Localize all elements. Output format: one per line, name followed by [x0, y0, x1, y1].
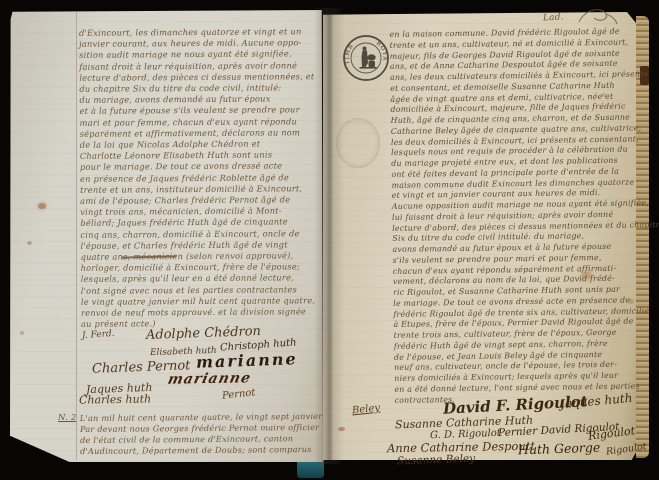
manuscript-line: du chapitre Six du titre du code civil, …: [79, 82, 314, 95]
embossed-blind-seal: [336, 118, 380, 168]
act-number-marker: N. 2: [58, 413, 77, 423]
svg-text:TIMBRE: TIMBRE: [341, 33, 355, 65]
royal-stamp: TIMBRE ROYAL: [341, 33, 391, 87]
signature-susanne-beley: Susanne Beley: [397, 453, 475, 468]
margin-rule: [76, 12, 77, 460]
signature-huth-george: Huth George: [518, 440, 601, 458]
manuscript-line: séparément et affirmativement, déclarons…: [80, 127, 315, 140]
manuscript-line: renvoi de neuf mots approuvé. et la divi…: [81, 306, 316, 319]
stamp-left-text: TIMBRE: [341, 33, 355, 65]
act-note-text: L'an mil huit cent quarante quatre, le v…: [80, 411, 323, 457]
left-page-text: d'Exincourt, les dimanches quatorze et v…: [79, 26, 316, 330]
right-page-text: en la maison commune. David frédéric Rig…: [389, 26, 659, 406]
signature-charles-huth: Charles huth: [79, 392, 151, 406]
stamp-figure: [360, 47, 377, 69]
signature-marianne: marianne: [196, 349, 298, 372]
header-annotation: Lad.: [543, 12, 564, 23]
signature-marianne-repeat: marianne: [166, 370, 253, 388]
archival-scan: TIMBRE ROYAL Lad. d'Exincourt, les diman…: [0, 0, 659, 480]
manuscript-line: d'Audincourt, Département de Doubs; sont…: [80, 444, 323, 457]
